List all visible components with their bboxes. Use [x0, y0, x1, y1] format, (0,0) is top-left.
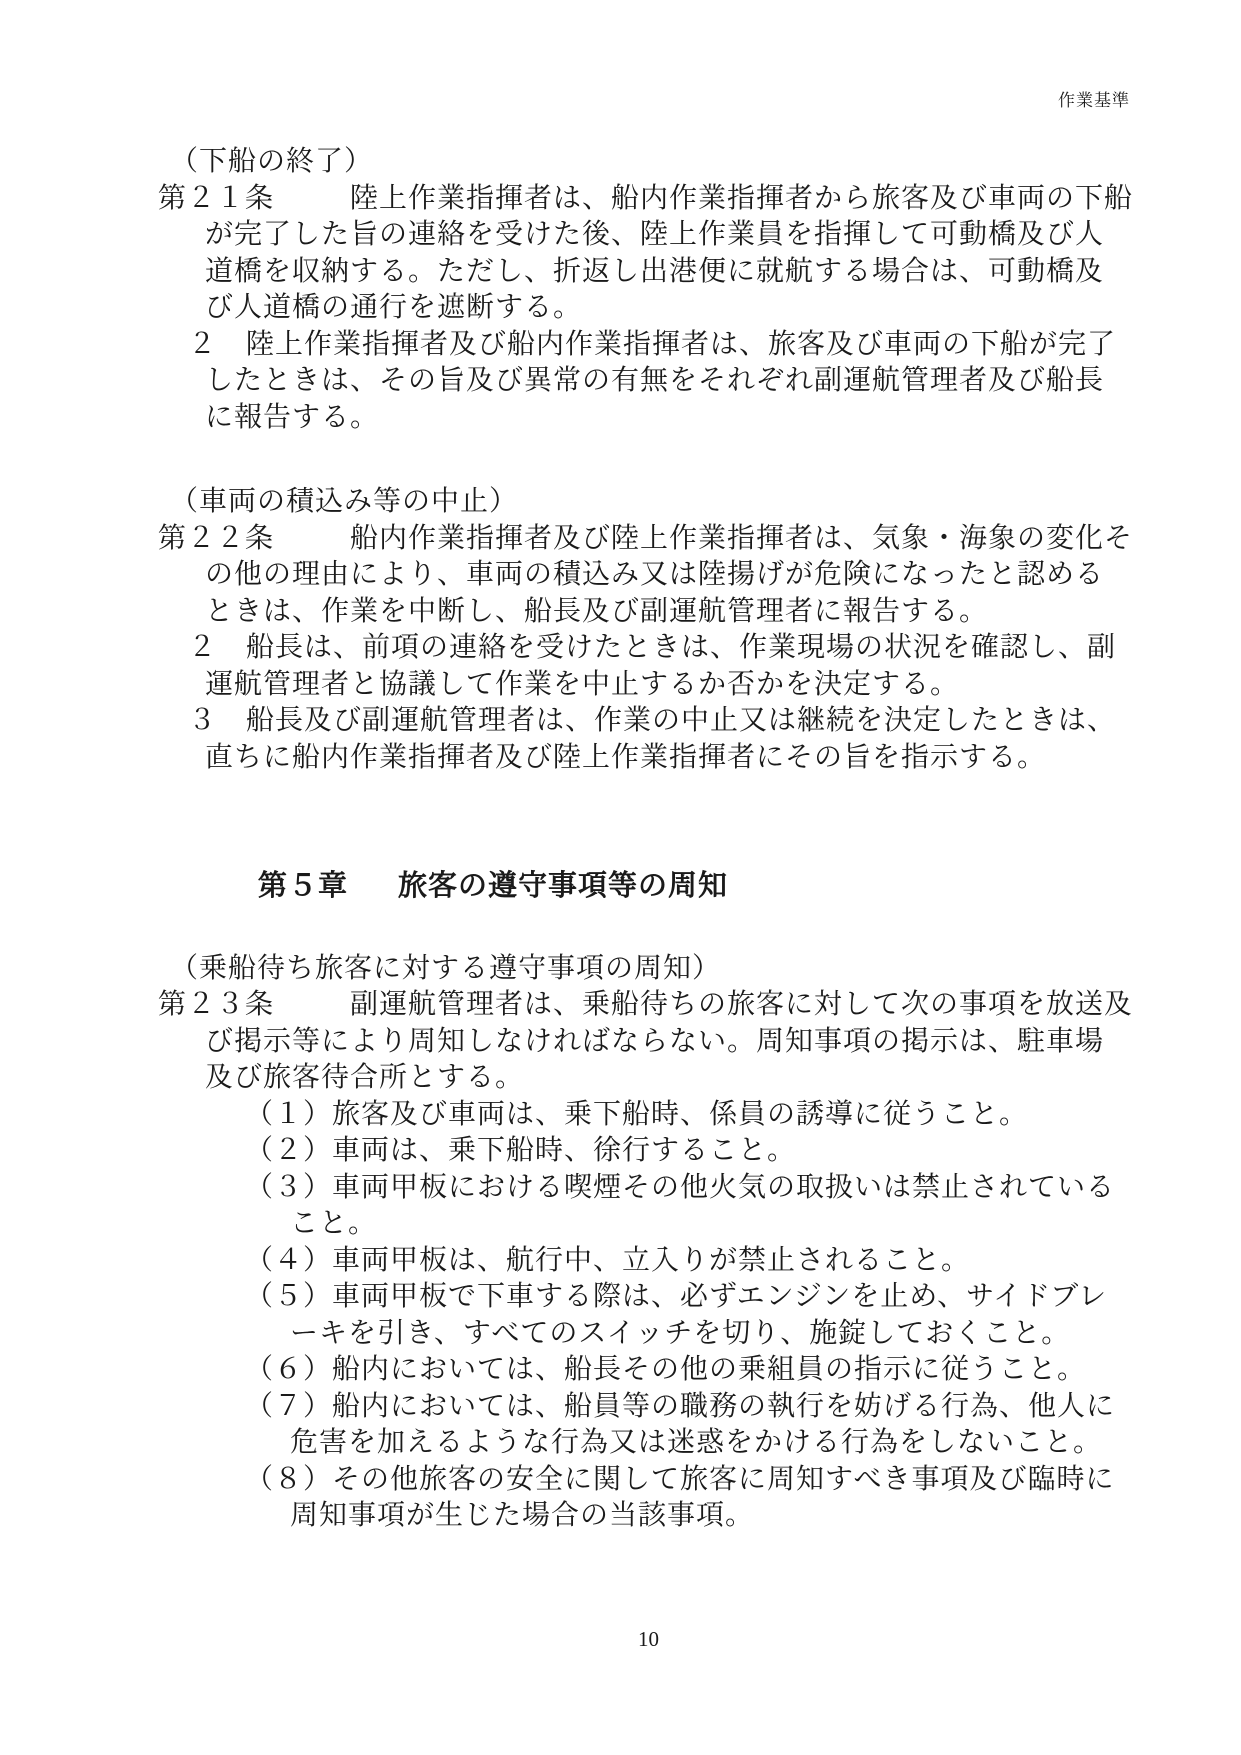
paragraph-line: ２陸上作業指揮者及び船内作業指揮者は、旅客及び車両の下船が完了: [0, 327, 1241, 364]
article-number: 第２３条: [158, 987, 350, 1024]
paragraph-number: ２: [188, 327, 246, 364]
list-item-continuation-line: こと。: [0, 1206, 1241, 1243]
article-line: 第２３条副運航管理者は、乗船待ちの旅客に対して次の事項を放送及: [0, 987, 1241, 1024]
list-item-continuation-line: 危害を加えるような行為又は迷惑をかける行為をしないこと。: [0, 1425, 1241, 1462]
paragraph-text: 船長は、前項の連絡を受けたときは、作業現場の状況を確認し、副: [246, 632, 1116, 663]
continuation-line: が完了した旨の連絡を受けた後、陸上作業員を指揮して可動橋及び人: [0, 217, 1241, 254]
continuation-line: 運航管理者と協議して作業を中止するか否かを決定する。: [0, 667, 1241, 704]
article-text: 船内作業指揮者及び陸上作業指揮者は、気象・海象の変化そ: [350, 523, 1133, 554]
section-caption: （下船の終了）: [0, 144, 1241, 181]
document-body: （下船の終了） 第２１条陸上作業指揮者は、船内作業指揮者から旅客及び車両の下船 …: [0, 144, 1241, 1535]
block-spacer: [0, 776, 1241, 868]
paragraph-text: 陸上作業指揮者及び船内作業指揮者は、旅客及び車両の下船が完了: [246, 329, 1116, 360]
article-line: 第２１条陸上作業指揮者は、船内作業指揮者から旅客及び車両の下船: [0, 181, 1241, 218]
paragraph-line: ３船長及び副運航管理者は、作業の中止又は継続を決定したときは、: [0, 703, 1241, 740]
list-item-line: （３）車両甲板における喫煙その他火気の取扱いは禁止されている: [0, 1170, 1241, 1207]
continuation-line: の他の理由により、車両の積込み又は陸揚げが危険になったと認める: [0, 557, 1241, 594]
section-caption: （乗船待ち旅客に対する遵守事項の周知）: [0, 951, 1241, 988]
article-line: 第２２条船内作業指揮者及び陸上作業指揮者は、気象・海象の変化そ: [0, 521, 1241, 558]
block-spacer: [0, 436, 1241, 484]
list-item-line: （５）車両甲板で下車する際は、必ずエンジンを止め、サイドブレ: [0, 1279, 1241, 1316]
article-text: 陸上作業指揮者は、船内作業指揮者から旅客及び車両の下船: [350, 183, 1133, 214]
continuation-line: 道橋を収納する。ただし、折返し出港便に就航する場合は、可動橋及: [0, 254, 1241, 291]
list-item-line: （７）船内においては、船員等の職務の執行を妨げる行為、他人に: [0, 1389, 1241, 1426]
article-text: 副運航管理者は、乗船待ちの旅客に対して次の事項を放送及: [350, 989, 1133, 1020]
list-item-line: （６）船内においては、船長その他の乗組員の指示に従うこと。: [0, 1352, 1241, 1389]
document-header-label: 作業基準: [1058, 86, 1130, 111]
list-item-line: （４）車両甲板は、航行中、立入りが禁止されること。: [0, 1243, 1241, 1280]
list-item-line: （１）旅客及び車両は、乗下船時、係員の誘導に従うこと。: [0, 1097, 1241, 1134]
continuation-line: び掲示等により周知しなければならない。周知事項の掲示は、駐車場: [0, 1024, 1241, 1061]
chapter-heading: 第５章旅客の遵守事項等の周知: [0, 868, 1241, 905]
article-number: 第２１条: [158, 181, 350, 218]
chapter-number: 第５章: [258, 868, 398, 905]
block-spacer: [0, 905, 1241, 951]
page-number: 10: [638, 1627, 659, 1652]
paragraph-number: ２: [188, 630, 246, 667]
paragraph-text: 船長及び副運航管理者は、作業の中止又は継続を決定したときは、: [246, 705, 1116, 736]
continuation-line: ときは、作業を中断し、船長及び副運航管理者に報告する。: [0, 594, 1241, 631]
list-item-line: （８）その他旅客の安全に関して旅客に周知すべき事項及び臨時に: [0, 1462, 1241, 1499]
continuation-line: び人道橋の通行を遮断する。: [0, 290, 1241, 327]
list-item-continuation-line: 周知事項が生じた場合の当該事項。: [0, 1498, 1241, 1535]
paragraph-line: ２船長は、前項の連絡を受けたときは、作業現場の状況を確認し、副: [0, 630, 1241, 667]
continuation-line: 直ちに船内作業指揮者及び陸上作業指揮者にその旨を指示する。: [0, 740, 1241, 777]
continuation-line: に報告する。: [0, 400, 1241, 437]
list-item-continuation-line: ーキを引き、すべてのスイッチを切り、施錠しておくこと。: [0, 1316, 1241, 1353]
chapter-title: 旅客の遵守事項等の周知: [398, 870, 728, 902]
list-item-line: （２）車両は、乗下船時、徐行すること。: [0, 1133, 1241, 1170]
continuation-line: したときは、その旨及び異常の有無をそれぞれ副運航管理者及び船長: [0, 363, 1241, 400]
paragraph-number: ３: [188, 703, 246, 740]
continuation-line: 及び旅客待合所とする。: [0, 1060, 1241, 1097]
article-number: 第２２条: [158, 521, 350, 558]
section-caption: （車両の積込み等の中止）: [0, 484, 1241, 521]
